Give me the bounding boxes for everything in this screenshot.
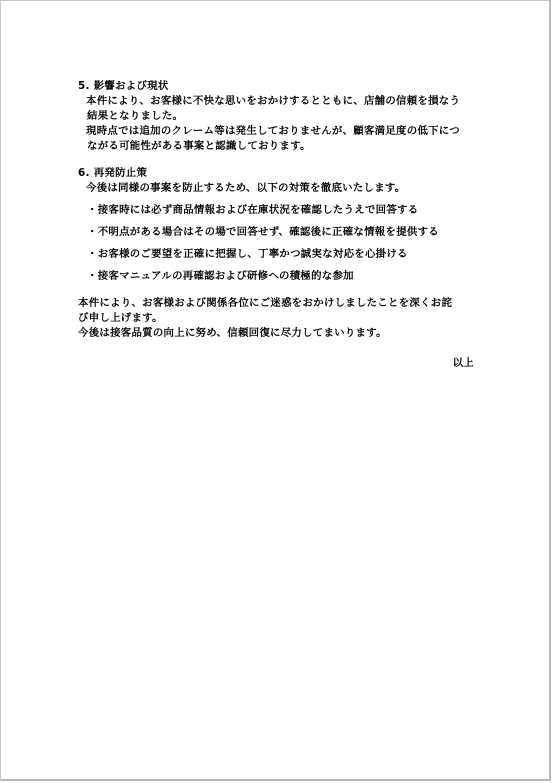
text-line: 現時点では追加のクレーム等は発生しておりませんが、顧客満足度の低下につ [86,124,478,139]
section-5-paragraph-2: 現時点では追加のクレーム等は発生しておりませんが、顧客満足度の低下につ ながる可… [78,124,478,154]
section-5-heading: 5. 影響および現状 [78,79,478,94]
text-line: ながる可能性がある事案と認識しております。 [86,139,478,154]
text-line: 結果となりました。 [86,109,478,124]
text-line: 今後は接客品質の向上に努め、信頼回復に尽力してまいります。 [78,326,478,341]
list-item: ・接客マニュアルの再確認および研修への積極的な参加 [78,269,478,284]
text-line: び申し上げます。 [78,311,478,326]
countermeasure-list: ・接客時には必ず商品情報および在庫状況を確認したうえで回答する ・不明点がある場… [78,203,478,284]
text-line: 本件により、お客様および関係各位にご迷惑をおかけしましたことを深くお詫 [78,296,478,311]
section-6: 6. 再発防止策 今後は同様の事案を防止するため、以下の対策を徹底いたします。 … [78,166,478,284]
text-line: 本件により、お客様に不快な思いをおかけするとともに、店舗の信頼を損なう [86,94,478,109]
end-mark: 以上 [78,356,478,371]
document-page: 5. 影響および現状 本件により、お客様に不快な思いをおかけするとともに、店舗の… [0,0,551,781]
list-item: ・不明点がある場合はその場で回答せず、確認後に正確な情報を提供する [78,225,478,240]
list-item: ・お客様のご要望を正確に把握し、丁寧かつ誠実な対応を心掛ける [78,247,478,262]
document-body: 5. 影響および現状 本件により、お客様に不快な思いをおかけするとともに、店舗の… [78,79,478,381]
section-6-heading: 6. 再発防止策 [78,166,478,181]
section-5: 5. 影響および現状 本件により、お客様に不快な思いをおかけするとともに、店舗の… [78,79,478,154]
section-6-intro: 今後は同様の事案を防止するため、以下の対策を徹底いたします。 [78,181,478,196]
list-item: ・接客時には必ず商品情報および在庫状況を確認したうえで回答する [78,203,478,218]
section-5-paragraph-1: 本件により、お客様に不快な思いをおかけするとともに、店舗の信頼を損なう 結果とな… [78,94,478,124]
closing-statement: 本件により、お客様および関係各位にご迷惑をおかけしましたことを深くお詫 び申し上… [78,296,478,341]
